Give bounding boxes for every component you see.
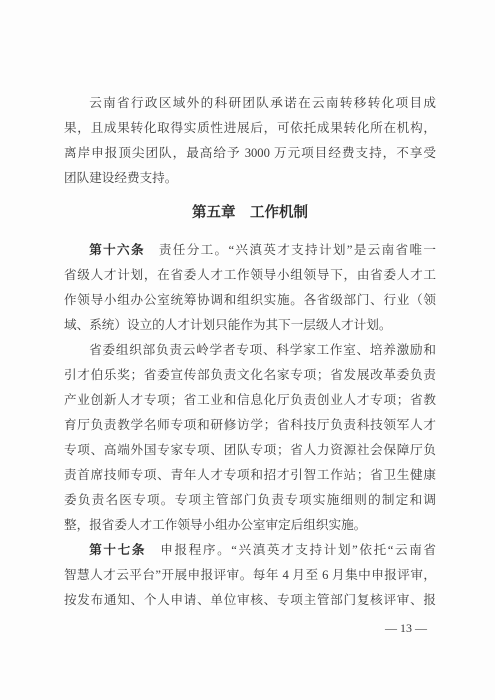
- article-opening-text: 申报程序。“兴滇英才支持计划”依托“云南省: [146, 543, 436, 557]
- text-line: 第十六条 责任分工。“兴滇英才支持计划”是云南省唯一: [64, 238, 436, 263]
- chapter-heading: 第五章 工作机制: [64, 201, 436, 226]
- document-page: 云南省行政区域外的科研团队承诺在云南转移转化项目成 果，且成果转化取得实质性进展…: [0, 0, 495, 700]
- article-number: 第十七条: [89, 543, 146, 557]
- page-number: — 13 —: [385, 620, 427, 636]
- paragraph-article-17: 第十七条 申报程序。“兴滇英才支持计划”依托“云南省 智慧人才云平台”开展申报评…: [64, 538, 436, 613]
- paragraph-division-of-duties: 省委组织部负责云岭学者专项、科学家工作室、培养激励和 引才伯乐奖；省委宣传部负责…: [64, 338, 436, 538]
- text-line: 离岸申报顶尖团队，最高给予 3000 万元项目经费支持，不享受: [64, 141, 436, 166]
- paragraph-offshore-teams: 云南省行政区域外的科研团队承诺在云南转移转化项目成 果，且成果转化取得实质性进展…: [64, 91, 436, 191]
- text-line: 省级人才计划，在省委人才工作领导小组领导下，由省委人才工: [64, 263, 436, 288]
- article-number: 第十六条: [89, 243, 145, 257]
- text-line: 育厅负责教学名师专项和研修访学；省科技厅负责科技领军人才: [64, 413, 436, 438]
- text-line: 作领导小组办公室统筹协调和组织实施。各省级部门、行业（领: [64, 288, 436, 313]
- text-line: 整，报省委人才工作领导小组办公室审定后组织实施。: [64, 513, 436, 538]
- paragraph-article-16: 第十六条 责任分工。“兴滇英才支持计划”是云南省唯一 省级人才计划，在省委人才工…: [64, 238, 436, 338]
- text-line: 省委组织部负责云岭学者专项、科学家工作室、培养激励和: [64, 338, 436, 363]
- text-line: 按发布通知、个人申请、单位审核、专项主管部门复核评审、报: [64, 588, 436, 613]
- text-line: 责首席技师专项、青年人才专项和招才引智工作站；省卫生健康: [64, 463, 436, 488]
- text-line: 域、系统）设立的人才计划只能作为其下一层级人才计划。: [64, 313, 436, 338]
- text-line: 产业创新人才专项；省工业和信息化厅负责创业人才专项；省教: [64, 388, 436, 413]
- text-line: 果，且成果转化取得实质性进展后，可依托成果转化所在机构，: [64, 116, 436, 141]
- article-opening-text: 责任分工。“兴滇英才支持计划”是云南省唯一: [145, 243, 436, 257]
- text-line: 云南省行政区域外的科研团队承诺在云南转移转化项目成: [64, 91, 436, 116]
- text-line: 团队建设经费支持。: [64, 166, 436, 191]
- text-line: 智慧人才云平台”开展申报评审。每年 4 月至 6 月集中申报评审，: [64, 563, 436, 588]
- text-line: 第十七条 申报程序。“兴滇英才支持计划”依托“云南省: [64, 538, 436, 563]
- text-line: 委负责名医专项。专项主管部门负责专项实施细则的制定和调: [64, 488, 436, 513]
- text-line: 专项、高端外国专家专项、团队专项；省人力资源社会保障厅负: [64, 438, 436, 463]
- text-line: 引才伯乐奖；省委宣传部负责文化名家专项；省发展改革委负责: [64, 363, 436, 388]
- page-body: 云南省行政区域外的科研团队承诺在云南转移转化项目成 果，且成果转化取得实质性进展…: [64, 91, 436, 613]
